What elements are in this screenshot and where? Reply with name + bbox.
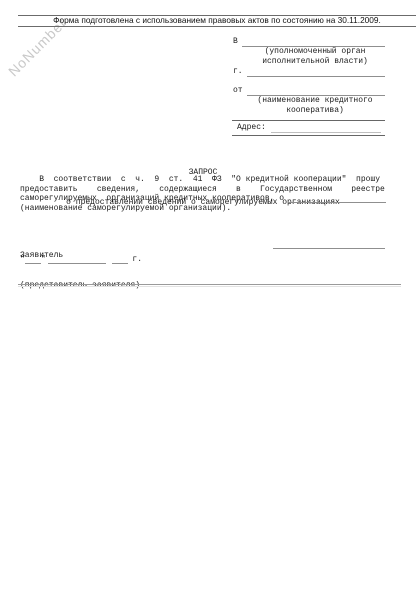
address-label: Адрес: xyxy=(237,123,266,133)
prepared-note-banner: Форма подготовлена с использованием прав… xyxy=(18,15,416,27)
date-year-suffix: г. xyxy=(128,255,142,264)
date-close-quote: " xyxy=(41,255,46,264)
body-line-4: (наименование саморегулируемой организац… xyxy=(20,204,386,214)
body-line-2: предоставить сведения, содержащиеся в Го… xyxy=(20,185,386,195)
signature-blank-line xyxy=(273,248,385,249)
authority-hint-line2: исполнительной власти) xyxy=(233,57,385,67)
cooperative-hint-line1: (наименование кредитного xyxy=(233,96,385,106)
address-field-row: Адрес: xyxy=(232,123,385,133)
from-field-row: от xyxy=(233,86,385,96)
to-field-row: В xyxy=(233,37,385,47)
body-line-3: саморегулируемых организаций кредитных к… xyxy=(20,194,386,204)
city-field-row: г. xyxy=(233,67,385,77)
address-box: Адрес: xyxy=(232,120,385,136)
from-blank-line xyxy=(247,86,385,96)
address-blank-line xyxy=(271,123,381,133)
city-label: г. xyxy=(233,67,243,77)
body-line-1: В соответствии с ч. 9 ст. 41 ФЗ "О креди… xyxy=(20,175,386,185)
to-blank-line xyxy=(242,37,385,47)
to-label: В xyxy=(233,37,238,47)
date-month-blank-line xyxy=(48,255,106,264)
document-page: NoNumber Форма подготовлена с использова… xyxy=(0,0,420,600)
cooperative-hint-line2: кооператива) xyxy=(233,106,385,116)
prepared-note-text: Форма подготовлена с использованием прав… xyxy=(53,15,381,25)
bottom-divider xyxy=(18,284,401,287)
addressee-header-block: В (уполномоченный орган исполнительной в… xyxy=(233,37,385,136)
body-line-3-text: саморегулируемых организаций кредитных к… xyxy=(20,194,289,204)
from-label: от xyxy=(233,86,243,96)
date-year-blank-line xyxy=(112,255,128,264)
signature-block: Заявитель (представитель заявителя) xyxy=(20,231,386,311)
city-blank-line xyxy=(247,67,385,77)
org-name-blank-line xyxy=(289,194,386,203)
date-line: " " г. xyxy=(20,255,142,264)
authority-hint-line1: (уполномоченный орган xyxy=(233,47,385,57)
body-paragraph: В соответствии с ч. 9 ст. 41 ФЗ "О креди… xyxy=(20,175,386,214)
date-day-blank-line xyxy=(25,255,41,264)
